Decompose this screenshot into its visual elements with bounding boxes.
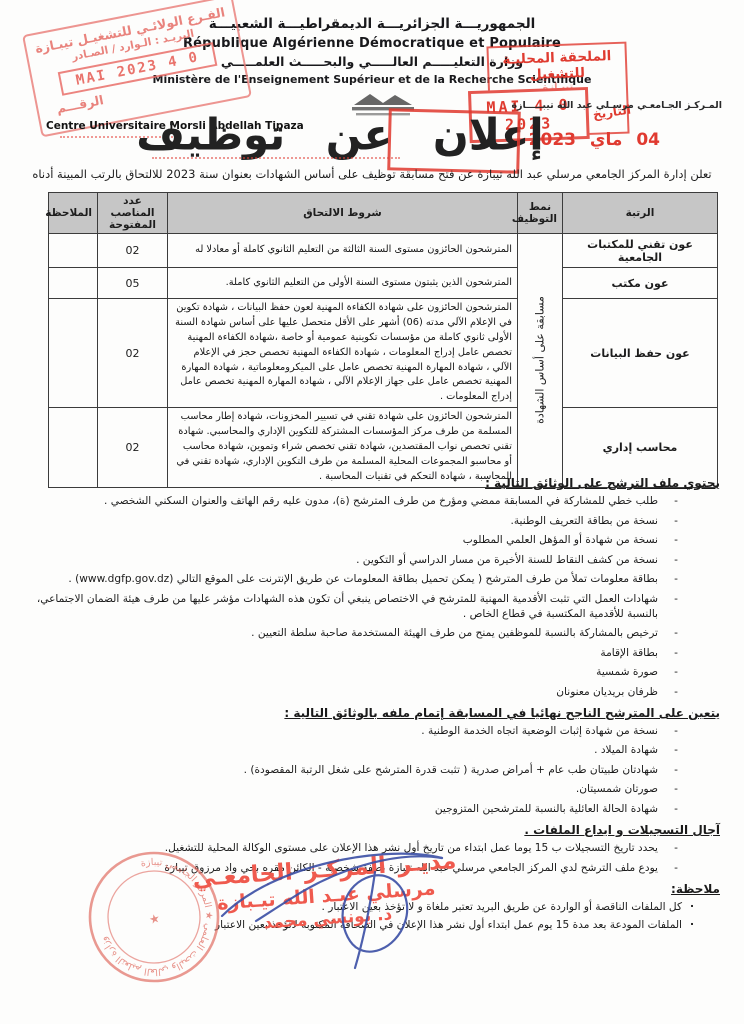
list-item: طلب خطي للمشاركة في المسابقة ممضي ومؤرخ … <box>22 494 678 509</box>
list-item: شهادة الميلاد . <box>22 743 678 758</box>
list-item: ترخيص بالمشاركة بالنسبة للموظفين يمنح من… <box>22 626 678 641</box>
stamp-star-icon: ★ <box>148 911 162 927</box>
document-page: الجمهوريـــة الجزائريـــة الديمقراطيـــة… <box>0 0 744 1024</box>
section-heading-successful-candidate: يتعين على المترشح الناجح نهائيا في المسا… <box>22 706 720 720</box>
positions-table: الرتبة نمط التوظيف شروط الالتحاق عدد الم… <box>48 192 718 488</box>
list-item: شهادات العمل التي تثبت الأقدمية المهنية … <box>22 592 678 622</box>
list-item: نسخة من كشف النقاط للسنة الأخيرة من مسار… <box>22 553 678 568</box>
rank-cell: عون حفظ البيانات <box>563 299 718 408</box>
list-item: نسخة من شهادة أو المؤهل العلمي المطلوب <box>22 533 678 548</box>
table-row: عون تقني للمكتبات الجامعية مسابقة على أس… <box>49 234 718 268</box>
note-cell <box>49 268 98 299</box>
note-cell <box>49 234 98 268</box>
list-item: صورتان شمسيتان. <box>22 782 678 797</box>
table-header-row: الرتبة نمط التوظيف شروط الالتحاق عدد الم… <box>49 193 718 234</box>
rank-cell: عون تقني للمكتبات الجامعية <box>563 234 718 268</box>
list-item: نسخة من شهادة إثبات الوضعية اتجاه الخدمة… <box>22 724 678 739</box>
intro-paragraph: تعلن إدارة المركز الجامعي مرسلي عبد الله… <box>16 167 728 181</box>
list-item: بطاقة الإقامة <box>22 646 678 661</box>
conditions-cell: المترشحون الحائزون مستوى السنة الثالثة م… <box>168 234 518 268</box>
column-header-rank: الرتبة <box>563 193 718 234</box>
list-item: شهادتان طبيتان طب عام + أمراض صدرية ( تث… <box>22 763 678 778</box>
column-header-positions: عدد المناصب المفتوحة <box>98 193 168 234</box>
mode-cell: مسابقة على أساس الشهادة <box>518 234 563 488</box>
positions-cell: 05 <box>98 268 168 299</box>
conditions-cell: المترشحون الذين يثبتون مستوى السنة الأول… <box>168 268 518 299</box>
table-row: عون حفظ البيانات المترشحون الحائزون على … <box>49 299 718 408</box>
section-heading-application-file: يحتوي ملف الترشح على الوثائق التالية : <box>22 476 720 490</box>
document-list: طلب خطي للمشاركة في المسابقة ممضي ومؤرخ … <box>22 494 720 700</box>
stamp-line: الملحقة المحليـة للتشغيل <box>489 48 626 85</box>
rank-cell: عون مكتب <box>563 268 718 299</box>
column-header-conditions: شروط الالتحاق <box>168 193 518 234</box>
conditions-cell: المترشحون الحائزون على شهادة الكفاءة الم… <box>168 299 518 408</box>
note-cell <box>49 299 98 408</box>
list-item: نسخة من بطاقة التعريف الوطنية. <box>22 514 678 529</box>
mode-value: مسابقة على أساس الشهادة <box>534 296 547 424</box>
stamp-outline-box <box>387 108 521 173</box>
signature-icon <box>214 836 466 976</box>
list-item: صورة شمسية <box>22 665 678 680</box>
column-header-note: الملاحظة <box>49 193 98 234</box>
table-row: عون مكتب المترشحون الذين يثبتون مستوى ال… <box>49 268 718 299</box>
section-heading-deadlines: آجال التسجيلات و ايداع الملفات . <box>22 823 720 837</box>
positions-cell: 02 <box>98 299 168 408</box>
list-item: بطاقة معلومات تملأ من طرف المترشح ( يمكن… <box>22 572 678 587</box>
positions-cell: 02 <box>98 234 168 268</box>
dotted-line <box>152 157 400 159</box>
list-item: شهادة الحالة العائلية بالنسبة للمترشحين … <box>22 802 678 817</box>
list-item: ظرفان بريديان معنونان <box>22 685 678 700</box>
document-list: نسخة من شهادة إثبات الوضعية اتجاه الخدمة… <box>22 724 720 817</box>
column-header-mode: نمط التوظيف <box>518 193 563 234</box>
